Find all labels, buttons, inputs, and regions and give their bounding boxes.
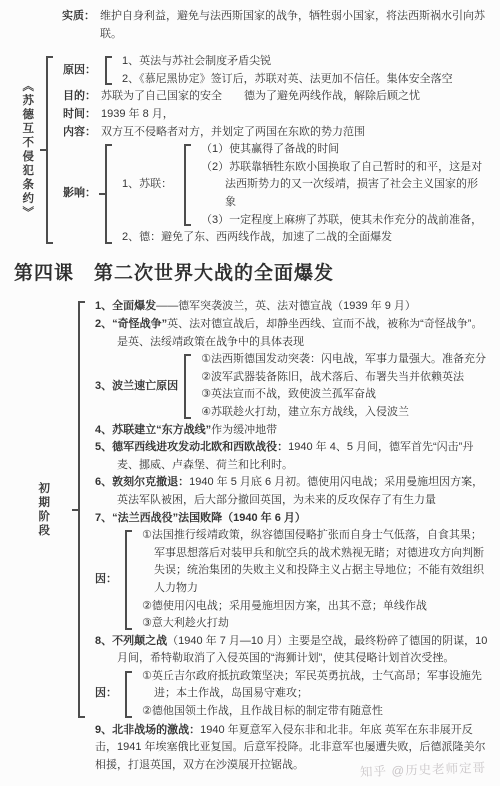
- britain-cause: ①英丘吉尔政府抵抗政策坚决；军民英勇抗战，士气高昂；军事设施先进；本土作战，岛国…: [142, 668, 488, 703]
- lesson-item-8: 8、不列颠之战（1940 年 7 月—10 月）主要是空战，最终粉碎了德国的阴谋…: [95, 633, 488, 668]
- stage-row: 初期阶段 1、全面爆发——德军突袭波兰，英、法对德宣战（1939 年 9 月） …: [12, 298, 488, 720]
- stage-label-vertical: 初期阶段: [34, 482, 52, 538]
- stage-label-gutter: 初期阶段: [12, 298, 74, 720]
- france-causes-row: 因： ①法国推行绥靖政策，纵容德国侵略扩张而自身士气低落，自食其果；军事思想落后…: [95, 527, 488, 633]
- lesson-item-2: 2、“奇怪战争”英、法对德宣战后，却静坐西线、宣而不战，被称为“奇怪战争”。是英…: [95, 316, 488, 351]
- lesson-heading: 第四课 第二次世界大战的全面爆发: [14, 262, 488, 287]
- impact-ussr-bracket: [184, 144, 194, 226]
- treaty-content: 原因： 1、英法与苏社会制度矛盾尖锐 2、《慕尼黑协定》签订后，苏联对英、法更加…: [56, 53, 488, 247]
- reason-row: 原因： 1、英法与苏社会制度矛盾尖锐 2、《慕尼黑协定》签订后，苏联对英、法更加…: [63, 53, 488, 88]
- study-notes-page: 实质： 维护自身利益，避免与法西斯国家的战争，牺牲弱小国家，将法西斯祸水引向苏联…: [0, 0, 500, 786]
- poland-causes: ①法西斯德国发动突袭：闪电战，军事力量强大。准备充分 ②波军武器装备陈旧，战术落…: [194, 351, 488, 421]
- britain-cause-label: 因：: [95, 685, 121, 703]
- impact-germany-item: 2、德：避免了东、西两线作战，加速了二战的全面爆发: [122, 229, 488, 247]
- essence-label: 实质：: [62, 8, 100, 43]
- france-cause: ③意大利趁火打劫: [142, 615, 488, 633]
- reason-list: 1、英法与苏社会制度矛盾尖锐 2、《慕尼黑协定》签订后，苏联对英、法更加不信任。…: [115, 53, 488, 88]
- purpose-line: 目的： 苏联为了自己国家的安全 德为了避免两线作战，解除后顾之忧: [63, 88, 488, 106]
- poland-cause: ①法西斯德国发动突袭：闪电战，军事力量强大。准备充分: [201, 351, 488, 369]
- impact-bracket-notch: [99, 193, 107, 195]
- france-cause: ①法国推行绥靖政策，纵容德国侵略扩张而自身士气低落，自食其果；军事思想落后对装甲…: [142, 527, 488, 597]
- stage-bracket-notch: [72, 509, 80, 511]
- time-label: 时间：: [63, 106, 101, 124]
- content-label: 内容：: [63, 124, 101, 142]
- france-causes-bracket: [125, 530, 135, 630]
- stage-bracket: [78, 301, 88, 717]
- impact-ussr-label: 1、苏联：: [122, 176, 180, 194]
- impact-bracket: [105, 144, 115, 244]
- britain-causes-bracket: [125, 671, 135, 718]
- lesson-item-7: 7、“法兰西战役”法国败降（1940 年 6 月）: [95, 510, 488, 528]
- poland-label: 3、波兰速亡原因: [95, 378, 180, 396]
- impact-list: 1、苏联： （1）使其赢得了备战的时间 （2）苏联靠牺牲东欧小国换取了自己暂时的…: [115, 141, 488, 247]
- essence-line: 实质： 维护自身利益，避免与法西斯国家的战争，牺牲弱小国家，将法西斯祸水引向苏联…: [62, 8, 488, 43]
- content-line: 内容： 双方互不侵略者对方，并划定了两国在东欧的势力范围: [63, 124, 488, 142]
- poland-cause: ③英法宣而不战，致使波兰孤军奋战: [201, 386, 488, 404]
- lesson-item-4: 4、苏联建立“东方战线”作为缓冲地带: [95, 422, 488, 440]
- france-cause-label: 因：: [95, 571, 121, 589]
- stage-section: 初期阶段 1、全面爆发——德军突袭波兰，英、法对德宣战（1939 年 9 月） …: [12, 298, 488, 774]
- reason-item: 2、《慕尼黑协定》签订后，苏联对英、法更加不信任。集体安全落空: [122, 71, 488, 89]
- lesson-item-3: 3、波兰速亡原因 ①法西斯德国发动突袭：闪电战，军事力量强大。准备充分 ②波军武…: [95, 351, 488, 421]
- impact-ussr-item: （3）一定程度上麻痹了苏联，使其未作充分的战前准备，: [201, 212, 488, 230]
- time-line: 时间： 1939 年 8 月，: [63, 106, 488, 124]
- reason-item: 1、英法与苏社会制度矛盾尖锐: [122, 53, 488, 71]
- france-cause: ②德使用闪电战；采用曼施坦因方案，出其不意；单线作战: [142, 598, 488, 616]
- essence-text: 维护自身利益，避免与法西斯国家的战争，牺牲弱小国家，将法西斯祸水引向苏联。: [100, 8, 488, 43]
- britain-causes: ①英丘吉尔政府抵抗政策坚决；军民英勇抗战，士气高昂；军事设施先进；本土作战，岛国…: [135, 668, 488, 721]
- france-causes: ①法国推行绥靖政策，纵容德国侵略扩张而自身士气低落，自食其果；军事思想落后对装甲…: [135, 527, 488, 633]
- impact-label: 影响：: [63, 185, 101, 203]
- purpose-label: 目的：: [63, 88, 101, 106]
- reason-label: 原因：: [63, 62, 101, 80]
- poland-cause: ④苏联趁火打劫，建立东方战线，入侵波兰: [201, 404, 488, 422]
- lesson-item-9: 9、北非战场的激战：1940 年夏意军入侵东非和北非。年底 英军在东非展开反击，…: [95, 722, 488, 775]
- treaty-bracket: [46, 56, 56, 244]
- content-text: 双方互不侵略者对方，并划定了两国在东欧的势力范围: [101, 124, 365, 142]
- stage-items: 1、全面爆发——德军突袭波兰，英、法对德宣战（1939 年 9 月） 2、“奇怪…: [88, 298, 488, 720]
- impact-ussr-item: （1）使其赢得了备战的时间: [201, 141, 488, 159]
- treaty-title-vertical: 《苏德互不侵犯条约》: [18, 80, 36, 220]
- poland-cause: ②波军武器装备陈旧，战术落后、布署失当并依赖英法: [201, 369, 488, 387]
- purpose-text: 苏联为了自己国家的安全 德为了避免两线作战，解除后顾之忧: [101, 88, 420, 106]
- impact-ussr-row: 1、苏联： （1）使其赢得了备战的时间 （2）苏联靠牺牲东欧小国换取了自己暂时的…: [122, 141, 488, 229]
- lesson-item-6: 6、敦刻尔克撤退：1940 年 5 月底 6 月初。德使用闪电战；采用曼施坦因方…: [95, 474, 488, 509]
- treaty-bracket-notch: [40, 149, 48, 151]
- poland-bracket: [184, 354, 194, 418]
- time-text: 1939 年 8 月，: [101, 106, 174, 124]
- reason-bracket: [105, 56, 115, 85]
- lesson-item-1: 1、全面爆发——德军突袭波兰，英、法对德宣战（1939 年 9 月）: [95, 298, 488, 316]
- impact-ussr-list: （1）使其赢得了备战的时间 （2）苏联靠牺牲东欧小国换取了自己暂时的和平，这是对…: [194, 141, 488, 229]
- britain-cause: ②德他国领土作战，且作战目标的制定带有随意性: [142, 703, 488, 721]
- treaty-block: 《苏德互不侵犯条约》 原因： 1、英法与苏社会制度矛盾尖锐 2、《慕尼黑协定》签…: [12, 53, 488, 247]
- impact-ussr-item: （2）苏联靠牺牲东欧小国换取了自己暂时的和平，这是对法西斯势力的又一次绥靖，损害…: [201, 159, 488, 212]
- treaty-title-gutter: 《苏德互不侵犯条约》: [12, 53, 42, 247]
- lesson-item-5: 5、德军西线进攻发动北欧和西欧战役：1940 年 4、5 月间，德军首先“闪击”…: [95, 439, 488, 474]
- britain-causes-row: 因： ①英丘吉尔政府抵抗政策坚决；军民英勇抗战，士气高昂；军事设施先进；本土作战…: [95, 668, 488, 721]
- impact-row: 影响： 1、苏联： （1）使其赢得了备战的时间 （2）苏联靠牺牲东欧小国换取了自…: [63, 141, 488, 247]
